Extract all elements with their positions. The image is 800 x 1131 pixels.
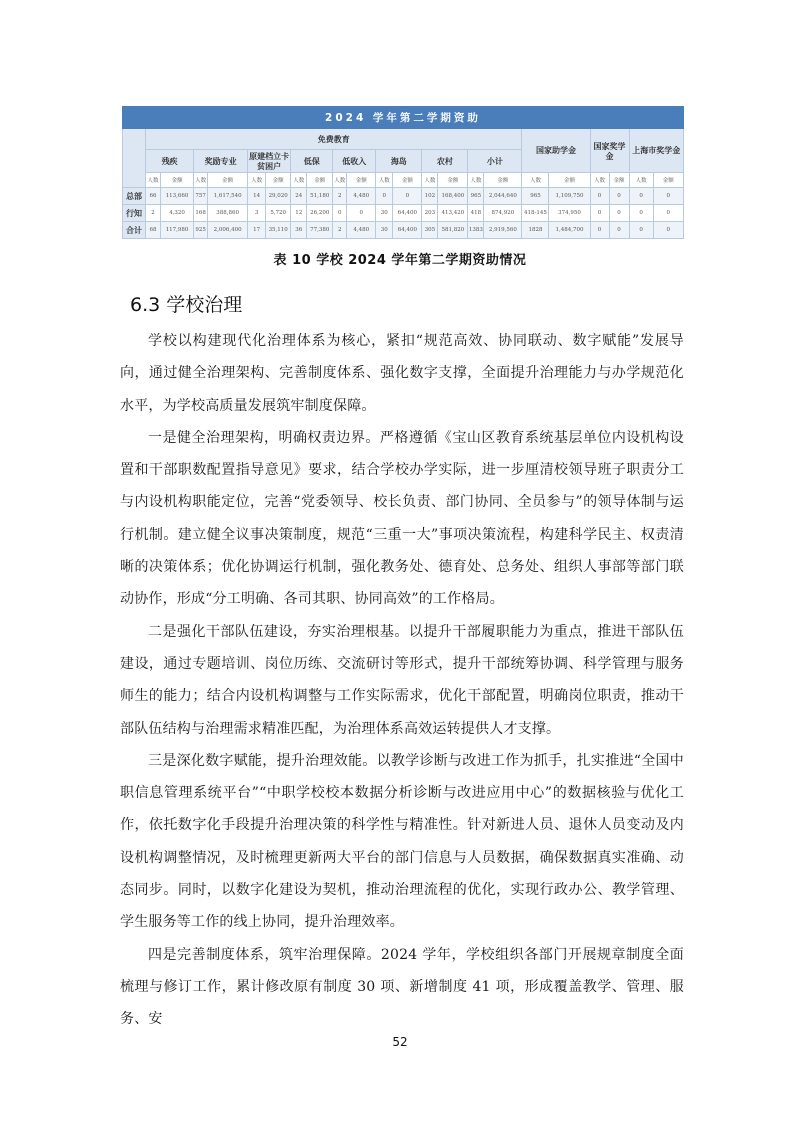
table-cell: 4,480 [347, 222, 376, 239]
subheader-amount: 金额 [266, 173, 291, 188]
body-text: 学校以构建现代化治理体系为核心，紧扣“规范高效、协同联动、数字赋能”发展导向，通… [120, 325, 684, 1036]
subheader-amount: 金额 [549, 173, 590, 188]
aid-table: 2024 学年第二学期资助 免费教育 国家助学金 国家奖学金 上海市奖学金 残疾… [122, 106, 684, 239]
table-cell: 2 [333, 222, 347, 239]
table-cell: 14 [248, 188, 266, 205]
subheader-amount: 金额 [393, 173, 422, 188]
table-cell: 29,020 [266, 188, 291, 205]
table-cell: 1828 [522, 222, 549, 239]
table-cell: 5,720 [266, 205, 291, 222]
table-cell: 30 [376, 205, 393, 222]
header-low-income: 低收入 [333, 150, 376, 173]
section-heading: 6.3 学校治理 [130, 290, 242, 317]
table-cell: 925 [194, 222, 208, 239]
table-cell: 68 [146, 222, 161, 239]
subheader-count: 人数 [522, 173, 549, 188]
table-cell: 418 [468, 205, 484, 222]
table-corner-cell [123, 129, 146, 188]
subheader-amount: 金额 [347, 173, 376, 188]
table-cell: 0 [376, 188, 393, 205]
table-cell: 965 [468, 188, 484, 205]
subheader-amount: 金额 [161, 173, 194, 188]
table-cell: 35,110 [266, 222, 291, 239]
table-cell: 413,420 [438, 205, 468, 222]
aid-table-container: 2024 学年第二学期资助 免费教育 国家助学金 国家奖学金 上海市奖学金 残疾… [122, 106, 684, 239]
table-cell: 24 [291, 188, 307, 205]
table-cell: 1,109,750 [549, 188, 590, 205]
table-cell: 1,617,540 [208, 188, 248, 205]
subheader-amount: 金额 [609, 173, 629, 188]
table-cell: 418-145 [522, 205, 549, 222]
table-cell: 4,480 [347, 188, 376, 205]
table-cell: 0 [609, 222, 629, 239]
table-cell: 2 [333, 188, 347, 205]
table-cell: 388,860 [208, 205, 248, 222]
subheader-count: 人数 [422, 173, 438, 188]
table-caption: 表 10 学校 2024 学年第二学期资助情况 [0, 249, 800, 268]
table-cell: 26,200 [307, 205, 333, 222]
table-cell: 0 [653, 222, 683, 239]
table-cell: 374,950 [549, 205, 590, 222]
table-cell: 0 [653, 205, 683, 222]
table-cell: 77,380 [307, 222, 333, 239]
subheader-count: 人数 [590, 173, 609, 188]
table-cell: 0 [590, 205, 609, 222]
header-disabled: 残疾 [146, 150, 194, 173]
table-cell: 168 [194, 205, 208, 222]
header-island: 海岛 [376, 150, 422, 173]
subheader-amount: 金额 [438, 173, 468, 188]
table-cell: 168,400 [438, 188, 468, 205]
table-cell: 0 [653, 188, 683, 205]
table-cell: 0 [333, 205, 347, 222]
subheader-count: 人数 [146, 173, 161, 188]
table-cell: 2,044,640 [484, 188, 522, 205]
row-label: 合计 [123, 222, 146, 239]
table-cell: 0 [590, 222, 609, 239]
paragraph-regulation-system: 四是完善制度体系，筑牢治理保障。2024 学年，学校组织各部门开展规章制度全面梳… [120, 939, 684, 1036]
table-cell: 117,980 [161, 222, 194, 239]
table-cell: 581,820 [438, 222, 468, 239]
table-title: 2024 学年第二学期资助 [123, 107, 684, 129]
table-cell: 51,180 [307, 188, 333, 205]
subheader-amount: 金额 [208, 173, 248, 188]
table-cell: 0 [629, 188, 653, 205]
table-row: 合计 68 117,980 925 2,006,400 17 35,110 36… [123, 222, 684, 239]
paragraph-governance-structure: 一是健全治理架构，明确权责边界。严格遵循《宝山区教育系统基层单位内设机构设置和干… [120, 422, 684, 616]
subheader-count: 人数 [468, 173, 484, 188]
header-national-grant: 国家助学金 [522, 129, 590, 173]
row-label: 总部 [123, 188, 146, 205]
table-cell: 0 [609, 188, 629, 205]
table-cell: 1,484,700 [549, 222, 590, 239]
table-cell: 0 [629, 205, 653, 222]
table-cell: 0 [629, 222, 653, 239]
subheader-amount: 金额 [307, 173, 333, 188]
table-cell: 3 [248, 205, 266, 222]
header-national-scholarship: 国家奖学金 [590, 129, 629, 173]
table-cell: 0 [393, 188, 422, 205]
table-cell: 2,006,400 [208, 222, 248, 239]
subheader-count: 人数 [629, 173, 653, 188]
paragraph-intro: 学校以构建现代化治理体系为核心，紧扣“规范高效、协同联动、数字赋能”发展导向，通… [120, 325, 684, 422]
row-label: 行知 [123, 205, 146, 222]
header-subsistence: 低保 [291, 150, 333, 173]
subheader-amount: 金额 [484, 173, 522, 188]
table-cell: 113,660 [161, 188, 194, 205]
table-cell: 203 [422, 205, 438, 222]
table-cell: 305 [422, 222, 438, 239]
table-cell: 4,320 [161, 205, 194, 222]
header-free-education: 免费教育 [146, 129, 522, 150]
subheader-count: 人数 [291, 173, 307, 188]
table-cell: 2 [146, 205, 161, 222]
table-cell: 0 [609, 205, 629, 222]
table-cell: 36 [291, 222, 307, 239]
subheader-count: 人数 [194, 173, 208, 188]
header-incentive-major: 奖励专业 [194, 150, 248, 173]
header-rural: 农村 [422, 150, 468, 173]
table-row: 总部 66 113,660 757 1,617,540 14 29,020 24… [123, 188, 684, 205]
table-cell: 17 [248, 222, 266, 239]
table-cell: 965 [522, 188, 549, 205]
table-cell: 0 [590, 188, 609, 205]
subheader-amount: 金额 [653, 173, 683, 188]
paragraph-cadre-team: 二是强化干部队伍建设，夯实治理根基。以提升干部履职能力为重点，推进干部队伍建设，… [120, 616, 684, 745]
table-cell: 1383 [468, 222, 484, 239]
subheader-count: 人数 [376, 173, 393, 188]
table-cell: 874,920 [484, 205, 522, 222]
table-cell: 757 [194, 188, 208, 205]
header-shanghai-scholarship: 上海市奖学金 [629, 129, 683, 173]
table-cell: 64,400 [393, 205, 422, 222]
subheader-count: 人数 [333, 173, 347, 188]
table-row: 行知 2 4,320 168 388,860 3 5,720 12 26,200… [123, 205, 684, 222]
page-number: 52 [0, 1035, 800, 1049]
subheader-count: 人数 [248, 173, 266, 188]
table-cell: 66 [146, 188, 161, 205]
paragraph-digital-empowerment: 三是深化数字赋能，提升治理效能。以教学诊断与改进工作为抓手，扎实推进“全国中职信… [120, 745, 684, 939]
table-cell: 0 [347, 205, 376, 222]
table-cell: 12 [291, 205, 307, 222]
table-cell: 64,400 [393, 222, 422, 239]
table-cell: 30 [376, 222, 393, 239]
table-cell: 102 [422, 188, 438, 205]
header-subtotal: 小计 [468, 150, 522, 173]
header-registered-poor: 原建档立卡贫困户 [248, 150, 291, 173]
table-cell: 2,919,560 [484, 222, 522, 239]
